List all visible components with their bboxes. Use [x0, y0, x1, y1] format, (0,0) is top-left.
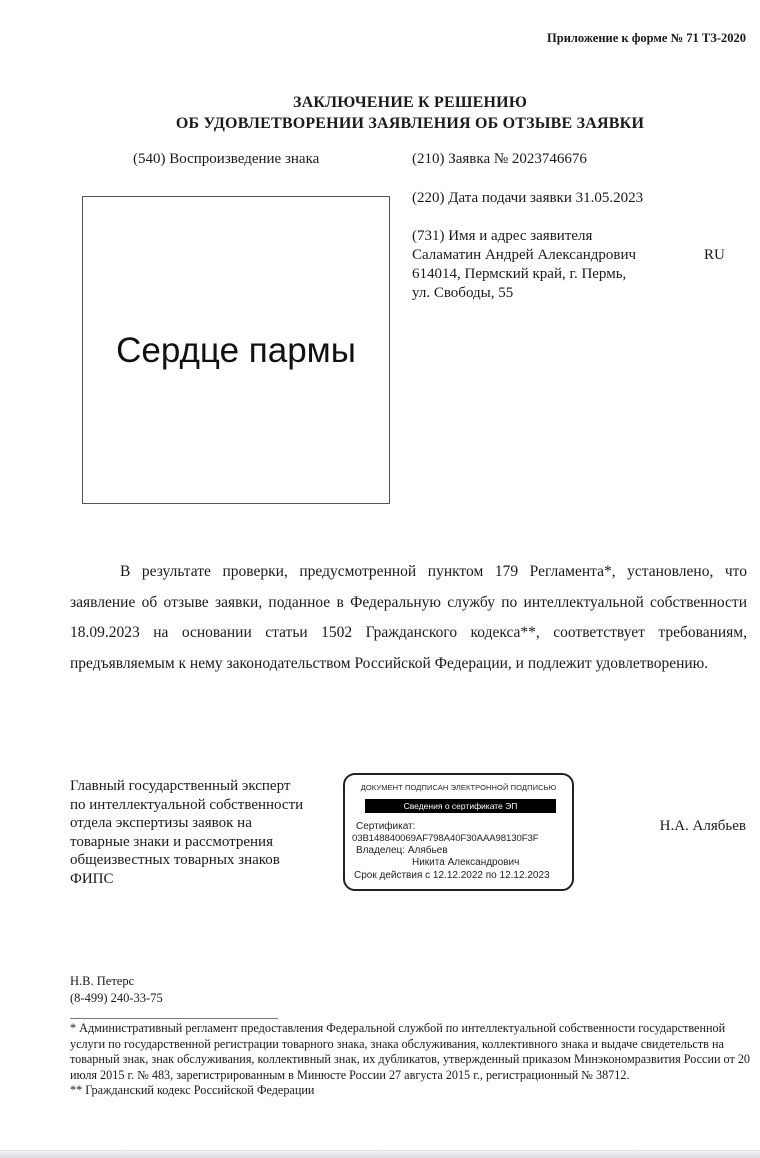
executor-phone: (8-499) 240-33-75: [70, 990, 163, 1007]
footnote-divider: [70, 1018, 278, 1019]
mark-reproduction-label: (540) Воспроизведение знака: [133, 150, 319, 169]
expert-position: Главный государственный эксперт по интел…: [70, 777, 340, 888]
expert-position-line: по интеллектуальной собственности: [70, 796, 340, 815]
validity-range: с 12.12.2022 по 12.12.2023: [425, 870, 549, 881]
applicant-address-line-2: ул. Свободы, 55: [412, 284, 636, 303]
applicant-address-line-1: 614014, Пермский край, г. Пермь,: [412, 265, 636, 284]
owner-label: Владелец:: [356, 845, 405, 856]
signer-name: Н.А. Алябьев: [660, 818, 746, 835]
page-bottom-edge: [0, 1150, 760, 1158]
expert-position-line: общеизвестных товарных знаков: [70, 851, 340, 870]
owner-row: Владелец: Алябьев: [356, 845, 448, 857]
applicant-block: (731) Имя и адрес заявителя Саламатин Ан…: [412, 227, 636, 303]
owner-name: Никита Александрович: [412, 857, 519, 869]
document-title-line-2: ОБ УДОВЛЕТВОРЕНИИ ЗАЯВЛЕНИЯ ОБ ОТЗЫВЕ ЗА…: [0, 113, 760, 134]
applicant-country: RU: [704, 246, 725, 265]
appendix-label: Приложение к форме № 71 ТЗ-2020: [547, 31, 746, 46]
applicant-name-row: Саламатин Андрей Александрович RU: [412, 246, 636, 265]
applicant-name: Саламатин Андрей Александрович: [412, 247, 636, 263]
validity-row: Срок действия с 12.12.2022 по 12.12.2023: [354, 870, 550, 882]
certificate-label: Сертификат:: [356, 821, 415, 833]
trademark-text: Сердце пармы: [116, 331, 356, 371]
expert-position-line: Главный государственный эксперт: [70, 777, 340, 796]
footnotes: * Административный регламент предоставле…: [70, 1021, 760, 1099]
certificate-info-bar: Сведения о сертификате ЭП: [365, 799, 556, 813]
validity-label: Срок действия: [354, 870, 422, 881]
trademark-image: Сердце пармы: [82, 196, 390, 504]
application-number: (210) Заявка № 2023746676: [412, 150, 587, 169]
conclusion-paragraph: В результате проверки, предусмотренной п…: [70, 557, 747, 679]
signature-header: ДОКУМЕНТ ПОДПИСАН ЭЛЕКТРОННОЙ ПОДПИСЬЮ: [345, 783, 572, 792]
certificate-id: 03B148840069AF798A40F30AAA98130F3F: [352, 833, 539, 845]
filing-date: (220) Дата подачи заявки 31.05.2023: [412, 189, 643, 208]
executor-name: Н.В. Петерс: [70, 973, 163, 990]
electronic-signature-stamp: ДОКУМЕНТ ПОДПИСАН ЭЛЕКТРОННОЙ ПОДПИСЬЮ С…: [343, 773, 574, 891]
document-title-line-1: ЗАКЛЮЧЕНИЕ К РЕШЕНИЮ: [0, 92, 760, 113]
applicant-label: (731) Имя и адрес заявителя: [412, 227, 636, 246]
owner-surname: Алябьев: [408, 845, 448, 856]
expert-position-line: товарные знаки и рассмотрения: [70, 833, 340, 852]
footnote-regulation: * Административный регламент предоставле…: [70, 1021, 760, 1083]
executor-block: Н.В. Петерс (8-499) 240-33-75: [70, 973, 163, 1007]
footnote-civil-code: ** Гражданский кодекс Российской Федерац…: [70, 1083, 760, 1099]
expert-position-line: ФИПС: [70, 870, 340, 889]
expert-position-line: отдела экспертизы заявок на: [70, 814, 340, 833]
